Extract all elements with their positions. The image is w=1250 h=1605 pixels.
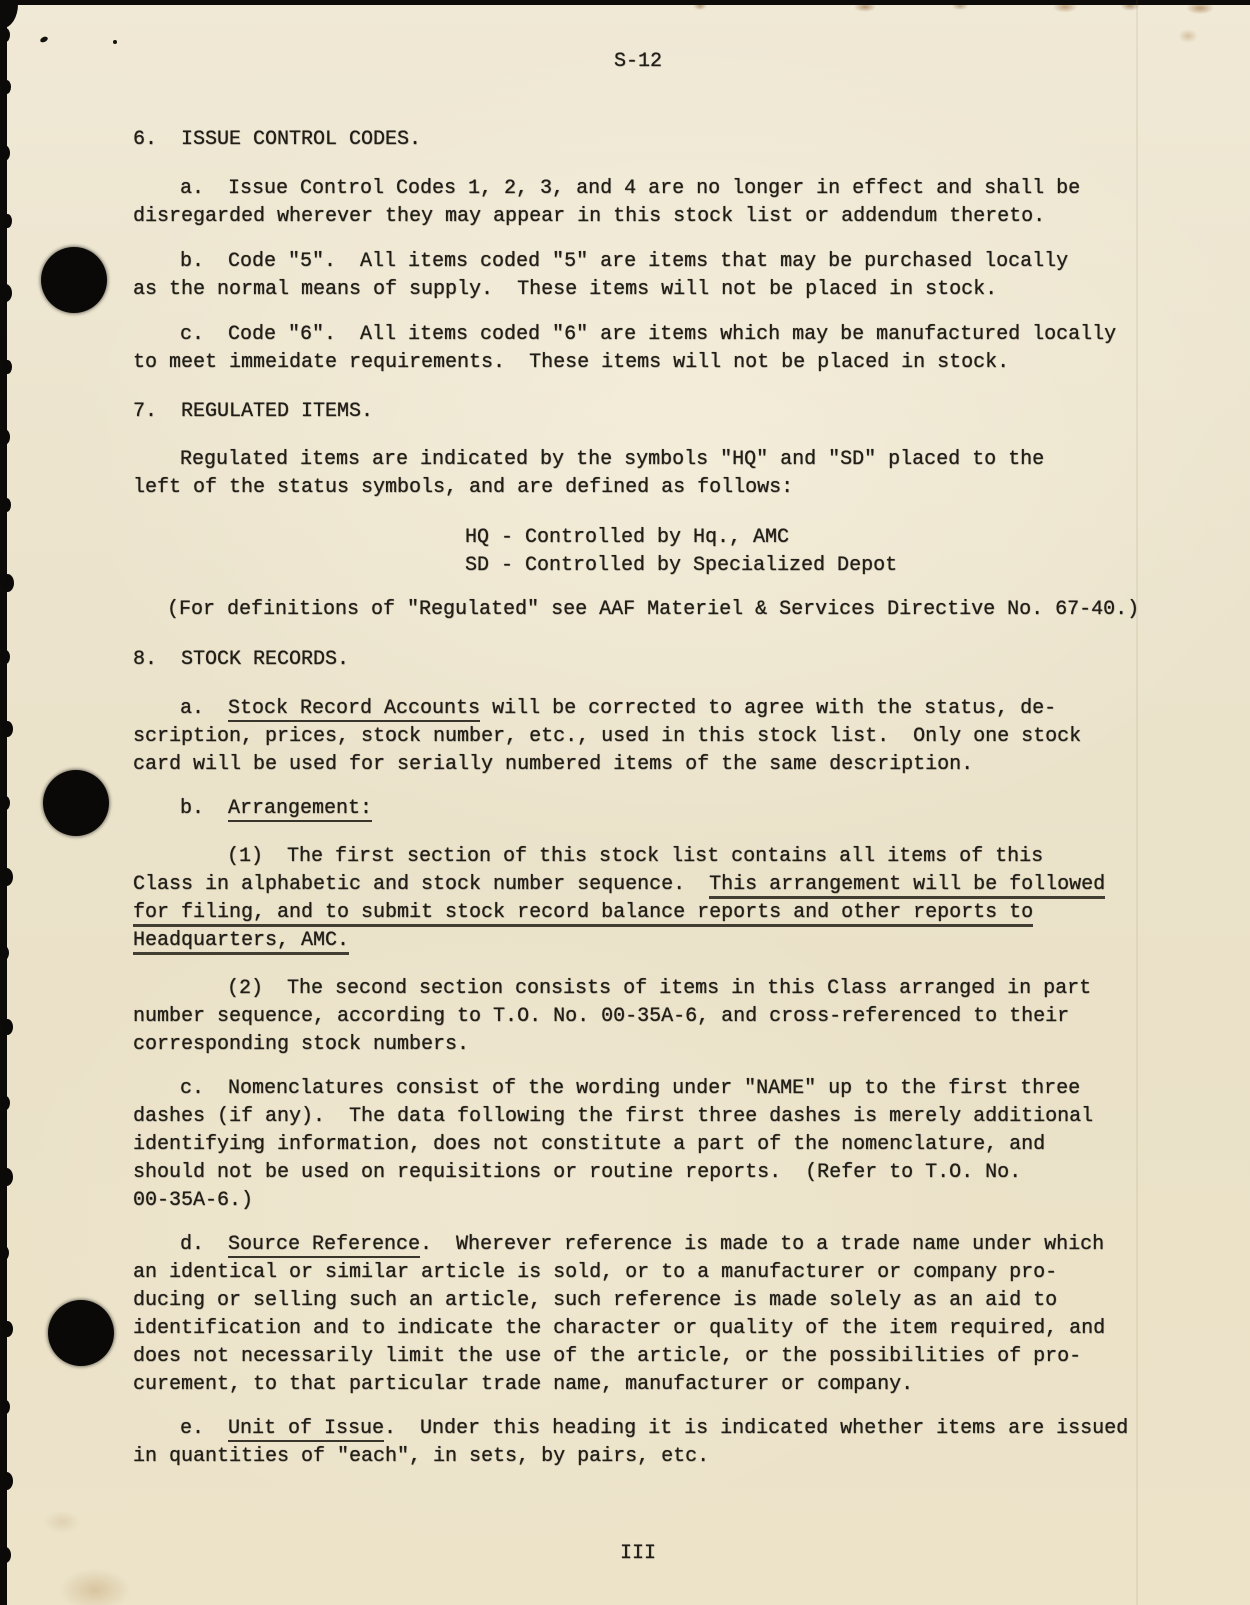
text-line: should not be used on requisitions or ro… <box>133 1159 1173 1187</box>
underlined-text: Headquarters, AMC. <box>133 929 349 955</box>
text-line: an identical or similar article is sold,… <box>133 1259 1173 1287</box>
paragraph-8d: d. Source Reference. Wherever reference … <box>133 1231 1173 1399</box>
text-line: to meet immeidate requirements. These it… <box>133 349 1173 377</box>
regulated-note: (For definitions of "Regulated" see AAF … <box>133 596 1173 624</box>
text-line: card will be used for serially numbered … <box>133 751 1173 779</box>
ink-speck <box>113 40 117 44</box>
section-8-heading: 8. STOCK RECORDS. <box>133 646 1173 674</box>
page-number: III <box>133 1540 1143 1568</box>
section-7-heading: 7. REGULATED ITEMS. <box>133 398 1173 426</box>
text-line: d. Source Reference. Wherever reference … <box>180 1231 1173 1259</box>
paragraph-8c: c. Nomenclatures consist of the wording … <box>133 1075 1173 1215</box>
underlined-text: Stock Record Accounts <box>228 697 480 722</box>
binding-edge-blobs <box>1 28 10 42</box>
text-line: Class in alphabetic and stock number seq… <box>133 871 1173 899</box>
punch-hole <box>48 1300 114 1366</box>
text-line: (2) The second section consists of items… <box>227 975 1173 1003</box>
paragraph-6b: b. Code "5". All items coded "5" are ite… <box>133 248 1173 304</box>
underlined-text: for filing, and to submit stock record b… <box>133 901 1033 927</box>
text-line: does not necessarily limit the use of th… <box>133 1343 1173 1371</box>
text-line: dashes (if any). The data following the … <box>133 1103 1173 1131</box>
definition-list: HQ - Controlled by Hq., AMC SD - Control… <box>133 524 1173 580</box>
punch-hole <box>41 247 107 313</box>
text-line: left of the status symbols, and are defi… <box>133 474 1173 502</box>
text-line: c. Code "6". All items coded "6" are ite… <box>180 321 1173 349</box>
text-line: (1) The first section of this stock list… <box>227 843 1173 871</box>
text-line: (For definitions of "Regulated" see AAF … <box>167 596 1173 624</box>
ink-speck <box>39 36 48 44</box>
paragraph-8b: b. Arrangement: <box>133 795 1173 823</box>
paragraph-8a: a. Stock Record Accounts will be correct… <box>133 695 1173 779</box>
paragraph-6c: c. Code "6". All items coded "6" are ite… <box>133 321 1173 377</box>
text-line: identifying information, does not consti… <box>133 1131 1173 1159</box>
paragraph-8b1: (1) The first section of this stock list… <box>133 843 1173 955</box>
page-code: S-12 <box>133 48 1143 76</box>
paragraph-7: Regulated items are indicated by the sym… <box>133 446 1173 502</box>
text-line: ducing or selling such an article, such … <box>133 1287 1173 1315</box>
text-line: scription, prices, stock number, etc., u… <box>133 723 1173 751</box>
paragraph-8e: e. Unit of Issue. Under this heading it … <box>133 1415 1173 1471</box>
text-line: a. Issue Control Codes 1, 2, 3, and 4 ar… <box>180 175 1173 203</box>
text-line: curement, to that particular trade name,… <box>133 1371 1173 1399</box>
text-line: Headquarters, AMC. <box>133 927 1173 955</box>
text-line: a. Stock Record Accounts will be correct… <box>180 695 1173 723</box>
text-line: 00-35A-6.) <box>133 1187 1173 1215</box>
hq-definition: HQ - Controlled by Hq., AMC <box>465 524 1173 552</box>
section-6-heading: 6. ISSUE CONTROL CODES. <box>133 126 1173 154</box>
text-line: b. Code "5". All items coded "5" are ite… <box>180 248 1173 276</box>
text-line: e. Unit of Issue. Under this heading it … <box>180 1415 1173 1443</box>
text-line: as the normal means of supply. These ite… <box>133 276 1173 304</box>
underlined-text: This arrangement will be followed <box>709 873 1105 899</box>
paragraph-8b2: (2) The second section consists of items… <box>133 975 1173 1059</box>
text-line: number sequence, according to T.O. No. 0… <box>133 1003 1173 1031</box>
punch-hole <box>43 770 109 836</box>
text-line: in quantities of "each", in sets, by pai… <box>133 1443 1173 1471</box>
underlined-text: Source Reference <box>228 1233 420 1258</box>
heading-text: 6. ISSUE CONTROL CODES. <box>133 126 1173 154</box>
text-line: c. Nomenclatures consist of the wording … <box>180 1075 1173 1103</box>
scan-top-edge <box>0 0 1250 5</box>
underlined-text: Arrangement: <box>228 797 372 822</box>
binding-edge <box>0 0 7 1605</box>
text-line: corresponding stock numbers. <box>133 1031 1173 1059</box>
text-line: Regulated items are indicated by the sym… <box>180 446 1173 474</box>
text-line: b. Arrangement: <box>180 795 1173 823</box>
underlined-text: Unit of Issue <box>228 1417 384 1442</box>
text-line: for filing, and to submit stock record b… <box>133 899 1173 927</box>
text-line: identification and to indicate the chara… <box>133 1315 1173 1343</box>
document-page: S-12 6. ISSUE CONTROL CODES. a. Issue Co… <box>0 0 1250 1605</box>
paragraph-6a: a. Issue Control Codes 1, 2, 3, and 4 ar… <box>133 175 1173 231</box>
sd-definition: SD - Controlled by Specialized Depot <box>465 552 1173 580</box>
text-line: disregarded wherever they may appear in … <box>133 203 1173 231</box>
heading-text: 7. REGULATED ITEMS. <box>133 398 1173 426</box>
heading-text: 8. STOCK RECORDS. <box>133 646 1173 674</box>
